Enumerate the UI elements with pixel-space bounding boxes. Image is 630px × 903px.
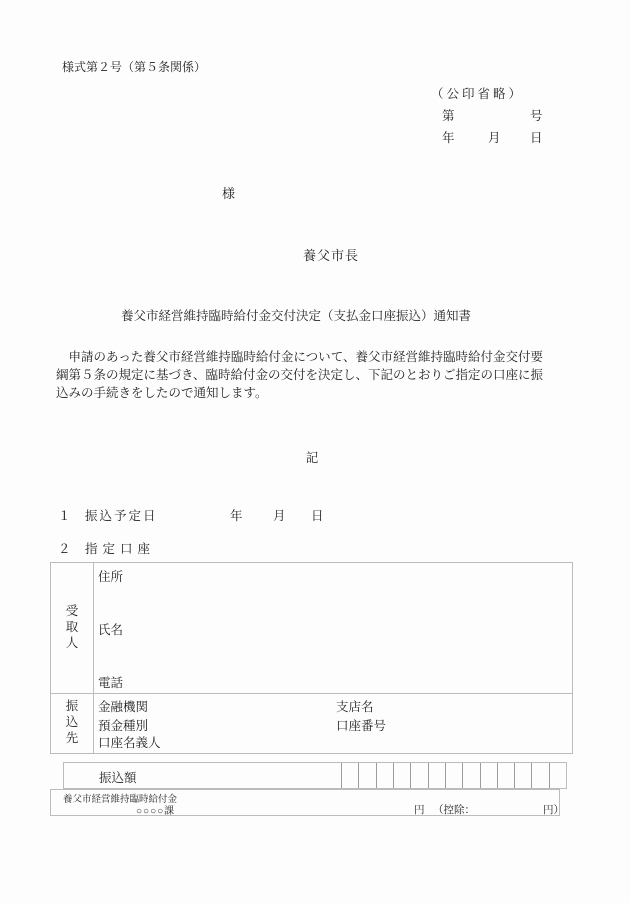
item2-label-designated-account: 指定口座 xyxy=(85,539,155,557)
transfer-amount-label: 振込額 xyxy=(99,768,137,786)
department-name: ○○○○課 xyxy=(136,802,175,817)
form-number: 様式第２号（第５条関係） xyxy=(62,58,206,75)
ki-marker: 記 xyxy=(0,448,624,466)
item1-number: １ xyxy=(58,506,71,524)
deduction-yen-close-label: 円） xyxy=(543,802,564,817)
designated-account-table: 受取人 住所 氏名 電話 振込先 金融機関 支店名 預金種別 口座番号 口座名義… xyxy=(50,562,573,754)
address-label: 住所 xyxy=(98,567,123,585)
transfer-row-label-text: 振込先 xyxy=(65,698,79,746)
table-vertical-divider xyxy=(93,563,94,753)
recipient-row-label: 受取人 xyxy=(51,603,93,651)
amount-digit-cell xyxy=(549,763,566,788)
amount-digit-cell xyxy=(410,763,427,788)
amount-digit-cell xyxy=(358,763,375,788)
document-title: 養父市経営維持臨時給付金交付決定（支払金口座振込）通知書 xyxy=(56,306,536,324)
official-seal-omitted-note: （公印省略） xyxy=(431,84,524,102)
footer-box: 養父市経営維持臨時給付金 ○○○○課 円 （控除： 円） xyxy=(50,789,560,816)
amount-digit-cell xyxy=(428,763,445,788)
item1-year-label: 年 xyxy=(230,506,243,524)
amount-digit-cells xyxy=(341,763,566,788)
yen-unit-label: 円 xyxy=(414,802,425,817)
date-year-label: 年 xyxy=(442,128,455,146)
date-month-label: 月 xyxy=(488,128,501,146)
amount-digit-cell xyxy=(531,763,548,788)
account-number-label: 口座番号 xyxy=(336,716,386,734)
amount-digit-cell xyxy=(376,763,393,788)
item1-day-label: 日 xyxy=(311,506,324,524)
deposit-type-label: 預金種別 xyxy=(98,716,148,734)
notification-document-page: { "colors": { "background": "#fdfdfd", "… xyxy=(0,0,630,903)
date-day-label: 日 xyxy=(530,128,543,146)
amount-digit-cell xyxy=(445,763,462,788)
branch-label: 支店名 xyxy=(336,697,374,715)
doc-number-prefix: 第 xyxy=(442,106,455,124)
amount-digit-cell xyxy=(497,763,514,788)
item1-month-label: 月 xyxy=(273,506,286,524)
amount-digit-cell xyxy=(393,763,410,788)
account-holder-label: 口座名義人 xyxy=(98,733,161,751)
doc-number-suffix: 号 xyxy=(530,106,543,124)
table-horizontal-divider xyxy=(51,693,572,694)
item1-label-transfer-date: 振込予定日 xyxy=(85,506,158,524)
amount-digit-cell xyxy=(462,763,479,788)
phone-label: 電話 xyxy=(98,673,123,691)
amount-digit-cell xyxy=(341,763,358,788)
item2-number: ２ xyxy=(58,539,71,557)
body-paragraph: 申請のあった養父市経営維持臨時給付金について、養父市経営維持臨時給付金交付要綱第… xyxy=(56,348,543,404)
deduction-label: （控除： xyxy=(433,802,475,817)
transfer-amount-box: 振込額 xyxy=(63,762,567,789)
name-label: 氏名 xyxy=(98,620,123,638)
amount-digit-cell xyxy=(480,763,497,788)
amount-digit-cell xyxy=(514,763,531,788)
transfer-destination-row-label: 振込先 xyxy=(51,698,93,746)
addressee-honorific: 様 xyxy=(222,183,235,202)
sender-mayor: 養父市長 xyxy=(303,245,359,264)
recipient-row-label-text: 受取人 xyxy=(65,603,79,651)
bank-label: 金融機関 xyxy=(98,697,148,715)
